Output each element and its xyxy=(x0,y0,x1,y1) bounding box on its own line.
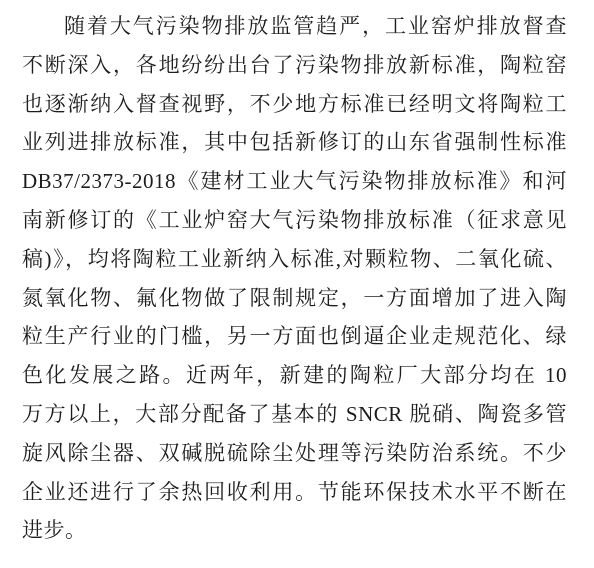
text-line: 企业还进行了余热回收利用。节能环保技术水平不断在 xyxy=(22,473,567,512)
text-line: 业列进排放标准，其中包括新修订的山东省强制性标准 xyxy=(22,123,567,162)
text-line: 万方以上，大部分配备了基本的 SNCR 脱硝、陶瓷多管 xyxy=(22,395,567,434)
text-line: 随着大气污染物排放监管趋严，工业窑炉排放督查 xyxy=(22,7,567,46)
text-line: 也逐渐纳入督查视野，不少地方标准已经明文将陶粒工 xyxy=(22,85,567,124)
text-line: 旋风除尘器、双碱脱硫除尘处理等污染防治系统。不少 xyxy=(22,434,567,473)
paragraph-text-block: 随着大气污染物排放监管趋严，工业窑炉排放督查不断深入，各地纷纷出台了污染物排放新… xyxy=(0,0,594,550)
text-line: 南新修订的《工业炉窑大气污染物排放标准（征求意见 xyxy=(22,201,567,240)
text-line: 粒生产行业的门槛，另一方面也倒逼企业走规范化、绿 xyxy=(22,317,567,356)
text-line: 进步。 xyxy=(22,511,567,550)
text-line: DB37/2373-2018《建材工业大气污染物排放标准》和河 xyxy=(22,162,567,201)
text-line: 稿)》，均将陶粒工业新纳入标准,对颗粒物、二氧化硫、 xyxy=(22,240,567,279)
text-line: 不断深入，各地纷纷出台了污染物排放新标准，陶粒窑 xyxy=(22,46,567,85)
text-line: 氮氧化物、氟化物做了限制规定，一方面增加了进入陶 xyxy=(22,279,567,318)
document-page: 随着大气污染物排放监管趋严，工业窑炉排放督查不断深入，各地纷纷出台了污染物排放新… xyxy=(0,0,594,568)
text-line: 色化发展之路。近两年，新建的陶粒厂大部分均在 10 xyxy=(22,356,567,395)
